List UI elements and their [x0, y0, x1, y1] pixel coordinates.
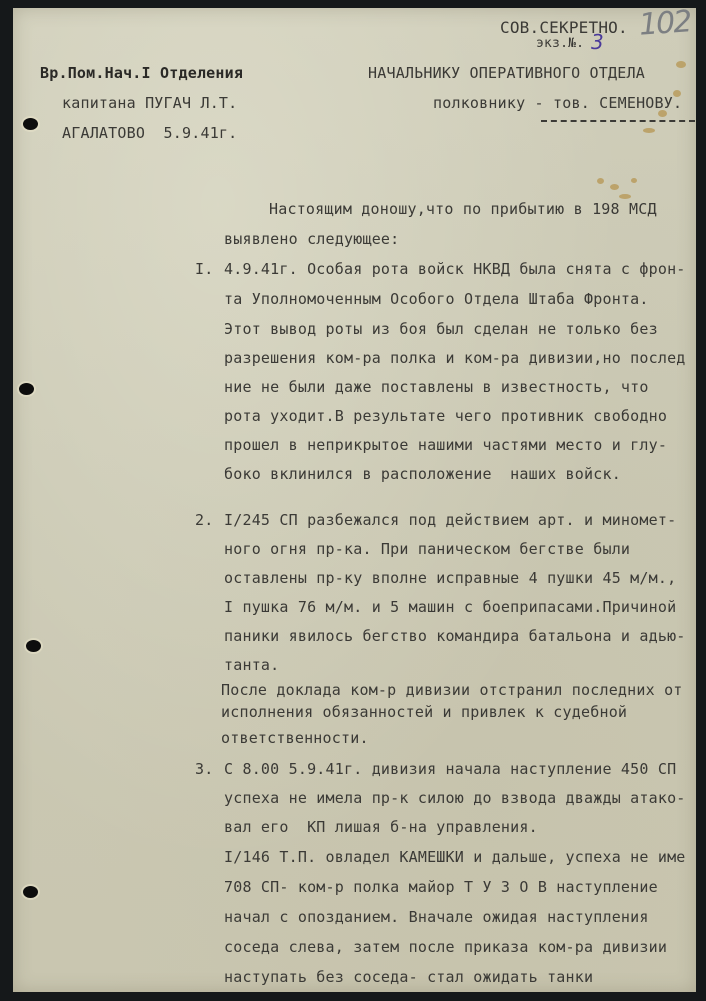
punch-hole: [23, 886, 38, 898]
classification-stamp: СОВ.СЕКРЕТНО.: [500, 20, 628, 36]
punch-hole: [23, 118, 38, 130]
item-line: прошел в неприкрытое нашими частями мест…: [224, 438, 667, 453]
sender-name: капитана ПУГАЧ Л.Т.: [62, 96, 237, 111]
stain: [619, 194, 631, 199]
item-line: разрешения ком-ра полка и ком-ра дивизии…: [224, 351, 686, 366]
stain: [676, 61, 686, 68]
item-line: та Уполномоченным Особого Отдела Штаба Ф…: [224, 292, 649, 307]
item-line: 708 СП- ком-р полка майор Т У З О В наст…: [224, 880, 658, 895]
item-line: успеха не имела пр-к силою до взвода два…: [224, 791, 686, 806]
item-line: I/146 Т.П. овладел КАМЕШКИ и дальше, усп…: [224, 850, 686, 865]
item-line: I/245 СП разбежался под действием арт. и…: [224, 513, 676, 528]
stain: [643, 128, 655, 133]
item-line: соседа слева, затем после приказа ком-ра…: [224, 940, 667, 955]
item-line: После доклада ком-р дивизии отстранил по…: [221, 683, 683, 698]
punch-hole: [26, 640, 41, 652]
scanned-document: 102 СОВ.СЕКРЕТНО. экз.№. 3 Вр.Пом.Нач.I …: [0, 0, 706, 1001]
copy-number-label: экз.№.: [536, 37, 584, 50]
item-line: рота уходит.В результате чего противник …: [224, 409, 667, 424]
recipient-title: НАЧАЛЬНИКУ ОПЕРАТИВНОГО ОТДЕЛА: [368, 66, 645, 81]
item-line: ние не были даже поставлены в известност…: [224, 380, 649, 395]
sender-position: Вр.Пом.Нач.I Отделения: [40, 66, 243, 81]
item-line: Этот вывод роты из боя был сделан не тол…: [224, 322, 658, 337]
sender-place-date: АГАЛАТОВО 5.9.41г.: [62, 126, 237, 141]
item-line: I пушка 76 м/м. и 5 машин с боеприпасами…: [224, 600, 676, 615]
intro-line: Настоящим доношу,что по прибытию в 198 М…: [269, 202, 657, 217]
item-line: ного огня пр-ка. При паническом бегстве …: [224, 542, 630, 557]
item-line: танта.: [224, 658, 279, 673]
underline-dashes: [541, 120, 695, 122]
copy-number-handwritten: 3: [591, 30, 604, 54]
stain: [631, 178, 637, 183]
paper-sheet: 102 СОВ.СЕКРЕТНО. экз.№. 3 Вр.Пом.Нач.I …: [13, 8, 696, 992]
item-line: С 8.00 5.9.41г. дивизия начала наступлен…: [224, 762, 676, 777]
item-line: исполнения обязанностей и привлек к суде…: [221, 705, 627, 720]
item-line: паники явилось бегство командира батальо…: [224, 629, 686, 644]
stain: [610, 184, 619, 190]
item-number: 3.: [195, 762, 213, 777]
item-line: наступать без соседа- стал ожидать танки: [224, 970, 593, 985]
item-line: начал с опозданием. Вначале ожидая насту…: [224, 910, 649, 925]
recipient-name: полковнику - тов. СЕМЕНОВУ.: [433, 96, 682, 111]
item-line: вал его КП лишая б-на управления.: [224, 820, 538, 835]
item-number: I.: [195, 262, 213, 277]
item-line: боко вклинился в расположение наших войс…: [224, 467, 621, 482]
item-line: 4.9.41г. Особая рота войск НКВД была сня…: [224, 262, 686, 277]
item-line: ответственности.: [221, 731, 369, 746]
stain: [597, 178, 604, 184]
intro-line: выявлено следующее:: [224, 232, 399, 247]
item-number: 2.: [195, 513, 213, 528]
archive-page-number: 102: [638, 4, 692, 42]
item-line: оставлены пр-ку вполне исправные 4 пушки…: [224, 571, 676, 586]
punch-hole: [19, 383, 34, 395]
